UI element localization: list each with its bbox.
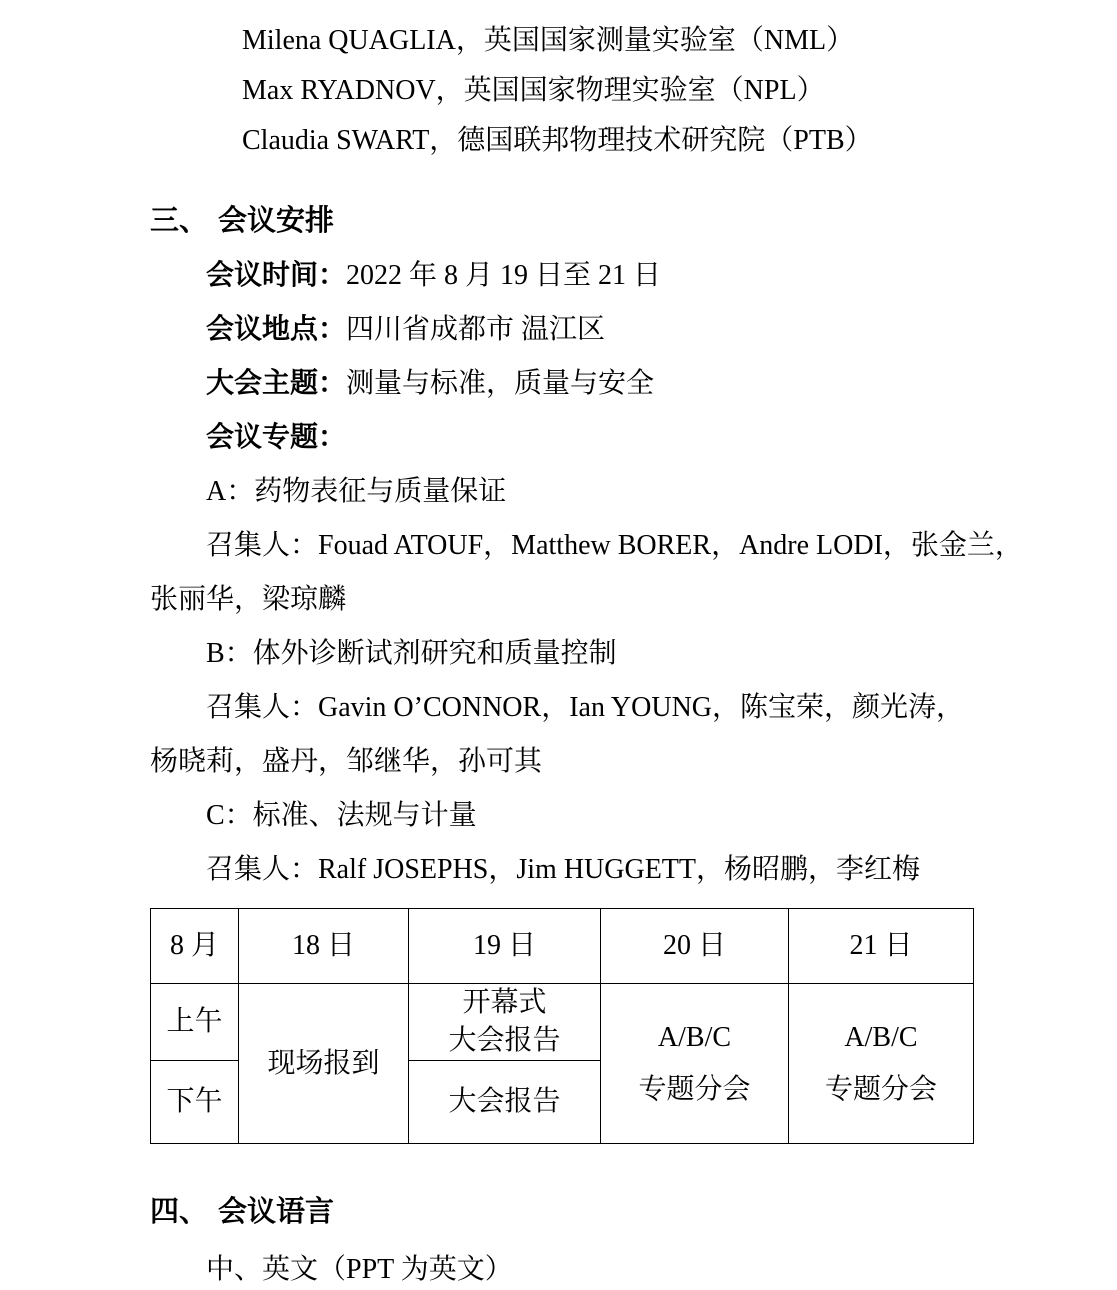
schedule-table: 8 月 18 日 19 日 20 日 21 日 上午 现场报到 开幕式 大会报告… xyxy=(150,908,974,1144)
attendee-line: Claudia SWART，德国联邦物理技术研究院（PTB） xyxy=(242,116,977,166)
meeting-place-line: 会议地点：四川省成都市 温江区 xyxy=(150,303,977,357)
document-page: Milena QUAGLIA，英国国家测量实验室（NML） Max RYADNO… xyxy=(0,0,1117,1290)
section-title: 会议语言 xyxy=(218,1196,334,1228)
topic-a-conveners-line2: 张丽华，梁琼麟 xyxy=(150,573,977,627)
section-heading-meeting-arrangement: 三、会议安排 xyxy=(150,194,977,249)
meeting-topics-line: 会议专题： xyxy=(150,411,977,465)
topic-a-title: A：药物表征与质量保证 xyxy=(150,465,977,519)
header-cell-day20: 20 日 xyxy=(601,909,789,984)
language-line: 中、英文（PPT 为英文） xyxy=(150,1243,977,1290)
cell-morning-label: 上午 xyxy=(151,984,239,1061)
section-number: 四、 xyxy=(150,1196,208,1228)
cell-day19-morning: 开幕式 大会报告 xyxy=(409,984,601,1061)
opening-ceremony-text: 开幕式 xyxy=(409,984,600,1022)
attendee-line: Max RYADNOV，英国国家物理实验室（NPL） xyxy=(242,66,977,116)
abc-text: A/B/C xyxy=(601,1012,788,1064)
topic-b-title: B：体外诊断试剂研究和质量控制 xyxy=(150,627,977,681)
topic-c-title: C：标准、法规与计量 xyxy=(150,789,977,843)
schedule-morning-row: 上午 现场报到 开幕式 大会报告 A/B/C 专题分会 A/B/C 专题分会 xyxy=(151,984,974,1061)
breakout-sessions-text: 专题分会 xyxy=(789,1064,973,1116)
header-cell-day19: 19 日 xyxy=(409,909,601,984)
meeting-time-label: 会议时间： xyxy=(206,260,346,291)
plenary-report-text: 大会报告 xyxy=(409,1022,600,1060)
topic-c-conveners-line1: 召集人：Ralf JOSEPHS，Jim HUGGETT，杨昭鹏，李红梅 xyxy=(150,843,977,897)
section-number: 三、 xyxy=(150,205,208,237)
section-heading-meeting-language: 四、会议语言 xyxy=(150,1185,977,1240)
attendee-line: Milena QUAGLIA，英国国家测量实验室（NML） xyxy=(242,16,977,66)
schedule-header-row: 8 月 18 日 19 日 20 日 21 日 xyxy=(151,909,974,984)
topic-b-conveners-line2: 杨晓莉，盛丹，邹继华，孙可其 xyxy=(150,735,977,789)
cell-day19-afternoon: 大会报告 xyxy=(409,1061,601,1144)
header-cell-month: 8 月 xyxy=(151,909,239,984)
meeting-place-label: 会议地点： xyxy=(206,314,346,345)
breakout-sessions-text: 专题分会 xyxy=(601,1064,788,1116)
cell-onsite-registration: 现场报到 xyxy=(239,984,409,1144)
meeting-theme-value: 测量与标准，质量与安全 xyxy=(346,368,654,399)
cell-afternoon-label: 下午 xyxy=(151,1061,239,1144)
cell-day20-sessions: A/B/C 专题分会 xyxy=(601,984,789,1144)
topic-a-conveners-line1: 召集人：Fouad ATOUF，Matthew BORER，Andre LODI… xyxy=(150,519,977,573)
meeting-theme-label: 大会主题： xyxy=(206,368,346,399)
abc-text: A/B/C xyxy=(789,1012,973,1064)
section-title: 会议安排 xyxy=(218,205,334,237)
meeting-topics-label: 会议专题： xyxy=(206,422,346,453)
meeting-time-value: 2022 年 8 月 19 日至 21 日 xyxy=(346,260,661,291)
meeting-theme-line: 大会主题：测量与标准，质量与安全 xyxy=(150,357,977,411)
meeting-place-value: 四川省成都市 温江区 xyxy=(346,314,605,345)
header-cell-day18: 18 日 xyxy=(239,909,409,984)
topic-b-conveners-line1: 召集人：Gavin O’CONNOR，Ian YOUNG，陈宝荣，颜光涛， xyxy=(150,681,977,735)
meeting-time-line: 会议时间：2022 年 8 月 19 日至 21 日 xyxy=(150,249,977,303)
header-cell-day21: 21 日 xyxy=(789,909,974,984)
cell-day21-sessions: A/B/C 专题分会 xyxy=(789,984,974,1144)
